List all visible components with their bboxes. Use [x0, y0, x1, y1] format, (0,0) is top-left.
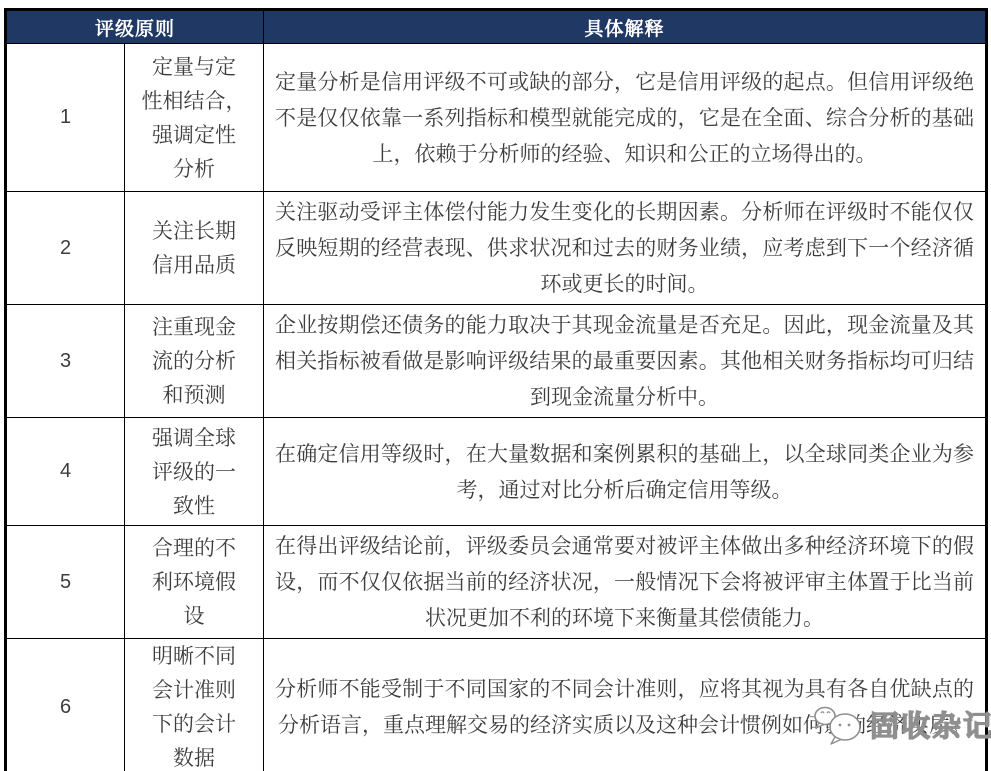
- principle-cell: 明晰不同 会计准则 下的会计 数据: [125, 639, 264, 771]
- row-number: 1: [6, 44, 125, 192]
- header-rating-principle: 评级原则: [6, 10, 264, 44]
- header-explanation: 具体解释: [264, 10, 987, 44]
- table-row: 6 明晰不同 会计准则 下的会计 数据 分析师不能受制于不同国家的不同会计准则，…: [6, 639, 987, 771]
- principle-cell: 关注长期 信用品质: [125, 192, 264, 305]
- principle-cell: 定量与定 性相结合， 强调定性 分析: [125, 44, 264, 192]
- principle-cell: 注重现金 流的分析 和预测: [125, 305, 264, 418]
- explanation-cell: 在得出评级结论前，评级委员会通常要对被评主体做出多种经济环境下的假设，而不仅仅依…: [264, 526, 987, 639]
- row-number: 4: [6, 418, 125, 526]
- explanation-cell: 分析师不能受制于不同国家的不同会计准则，应将其视为具有各自优缺点的分析语言，重点…: [264, 639, 987, 771]
- table-row: 5 合理的不 利环境假 设 在得出评级结论前，评级委员会通常要对被评主体做出多种…: [6, 526, 987, 639]
- row-number: 6: [6, 639, 125, 771]
- explanation-cell: 关注驱动受评主体偿付能力发生变化的长期因素。分析师在评级时不能仅仅反映短期的经营…: [264, 192, 987, 305]
- explanation-cell: 定量分析是信用评级不可或缺的部分，它是信用评级的起点。但信用评级绝不是仅仅依靠一…: [264, 44, 987, 192]
- table-row: 4 强调全球 评级的一 致性 在确定信用等级时，在大量数据和案例累积的基础上，以…: [6, 418, 987, 526]
- explanation-cell: 企业按期偿还债务的能力取决于其现金流量是否充足。因此，现金流量及其相关指标被看做…: [264, 305, 987, 418]
- principle-cell: 合理的不 利环境假 设: [125, 526, 264, 639]
- principle-cell: 强调全球 评级的一 致性: [125, 418, 264, 526]
- table-header-row: 评级原则 具体解释: [6, 10, 987, 44]
- table-row: 1 定量与定 性相结合， 强调定性 分析 定量分析是信用评级不可或缺的部分，它是…: [6, 44, 987, 192]
- table-row: 3 注重现金 流的分析 和预测 企业按期偿还债务的能力取决于其现金流量是否充足。…: [6, 305, 987, 418]
- row-number: 5: [6, 526, 125, 639]
- table-row: 2 关注长期 信用品质 关注驱动受评主体偿付能力发生变化的长期因素。分析师在评级…: [6, 192, 987, 305]
- row-number: 2: [6, 192, 125, 305]
- explanation-cell: 在确定信用等级时，在大量数据和案例累积的基础上，以全球同类企业为参考，通过对比分…: [264, 418, 987, 526]
- document-page: 评级原则 具体解释 1 定量与定 性相结合， 强调定性 分析 定量分析是信用评级…: [0, 0, 991, 771]
- rating-principles-table: 评级原则 具体解释 1 定量与定 性相结合， 强调定性 分析 定量分析是信用评级…: [4, 8, 988, 771]
- row-number: 3: [6, 305, 125, 418]
